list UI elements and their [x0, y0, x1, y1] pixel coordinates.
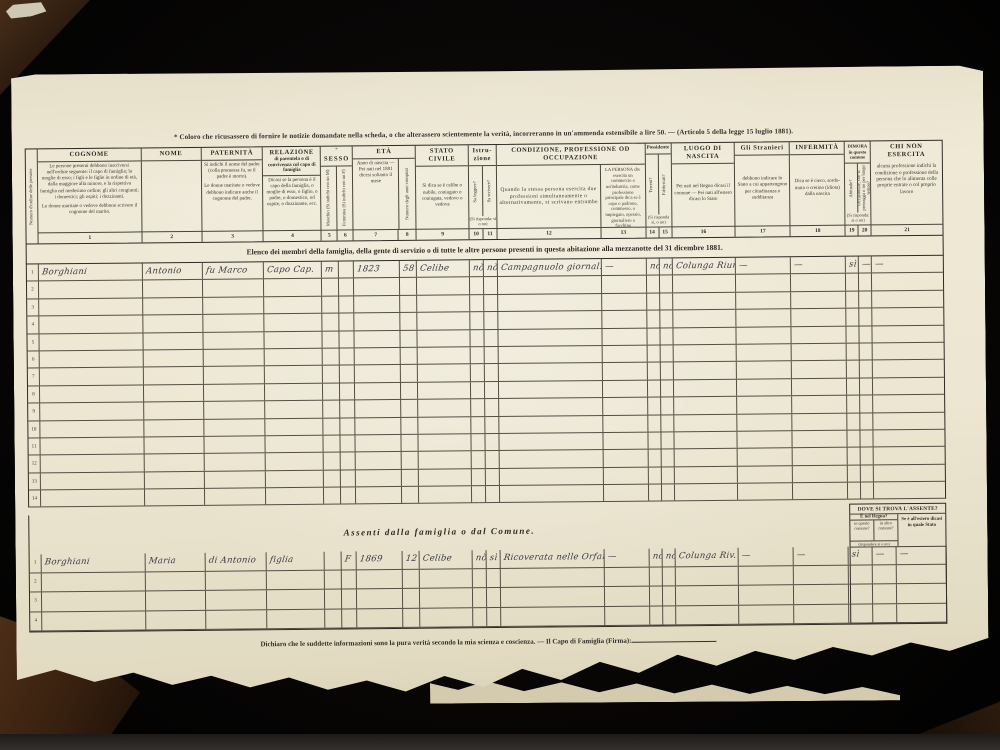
cell — [420, 589, 473, 608]
cell — [402, 469, 419, 486]
cell — [323, 401, 340, 418]
cell — [661, 415, 674, 432]
cell — [873, 604, 897, 622]
cell — [484, 312, 498, 329]
cell — [265, 314, 323, 331]
abituale-num: 19 — [846, 226, 859, 236]
dove-estero-label: Se è all'estero dicasi in quale Stato — [898, 514, 945, 546]
cell — [650, 587, 663, 605]
dove-regno-col: È nel Regno? in questo comune? in altro … — [850, 514, 898, 546]
cell — [661, 450, 674, 467]
row-number: 11 — [28, 438, 40, 455]
col-nome: NOME 2 — [141, 148, 202, 243]
cell — [792, 396, 847, 413]
cell: — — [602, 259, 647, 276]
handwritten-entry: — — [899, 546, 946, 562]
sa-leggere-cell: Sa leggere? — [469, 166, 483, 216]
cell — [144, 437, 204, 454]
cell — [470, 312, 484, 329]
cognome-num: 1 — [38, 231, 141, 243]
col-group-possidente: Possidente Terreni? Fabbricati? (Si risp… — [645, 143, 672, 237]
cell — [737, 362, 792, 379]
col-order-number: Numero d'ordine delle persone — [26, 149, 39, 243]
cell — [737, 344, 792, 361]
cell — [792, 309, 847, 326]
cell — [485, 434, 499, 451]
cell — [499, 433, 603, 450]
cell — [355, 365, 401, 382]
cell — [324, 418, 341, 435]
row-number: 3 — [27, 299, 39, 316]
cell — [341, 435, 356, 452]
census-form-sheet: * Coloro che ricusassero di fornire le n… — [11, 65, 989, 706]
cell — [673, 362, 737, 379]
cell — [675, 484, 739, 501]
cell: sì — [846, 257, 859, 274]
cell: nò — [484, 260, 498, 277]
cell: 1823 — [354, 261, 400, 278]
cell — [736, 275, 791, 292]
cell — [325, 609, 342, 627]
cell — [605, 587, 650, 606]
cell — [400, 296, 417, 313]
handwritten-entry: 1869 — [359, 551, 402, 567]
paternita-desc-1: Si indichi il nome del padre (colla prem… — [203, 162, 260, 181]
fabbricati-num: 15 — [659, 227, 671, 237]
cell — [418, 382, 471, 399]
cell: Borghiani — [42, 553, 146, 572]
stranieri-desc: debbono indicare lo Stato a cui apparten… — [737, 177, 787, 202]
stato-desc: Si dica se è celibe o nubile, coniugato … — [418, 184, 466, 209]
cell — [872, 273, 943, 290]
cell: sì — [487, 550, 501, 568]
cell — [873, 585, 897, 603]
cell: — — [736, 257, 791, 274]
cell — [498, 311, 602, 328]
cell — [674, 379, 738, 396]
cell — [873, 360, 944, 377]
cell — [602, 346, 647, 363]
cell — [204, 471, 266, 488]
cell — [737, 292, 792, 309]
cell — [674, 397, 738, 414]
cell — [473, 608, 487, 626]
cell — [472, 486, 486, 503]
cell — [417, 278, 470, 295]
cell — [402, 452, 419, 469]
terreni-label: Terreni? — [649, 177, 654, 192]
cell — [791, 291, 846, 308]
cell — [401, 383, 418, 400]
cell — [794, 585, 849, 604]
cell — [42, 592, 146, 611]
condizione-13-num: 13 — [601, 227, 645, 238]
cell — [145, 489, 205, 506]
cell — [403, 570, 420, 588]
cell: figlia — [267, 552, 325, 571]
cell — [792, 378, 847, 395]
cell — [673, 345, 737, 362]
cell — [40, 403, 144, 420]
cell — [203, 280, 265, 297]
table-header: Numero d'ordine delle persone COGNOME Le… — [25, 140, 944, 245]
row-number: 4 — [27, 317, 39, 334]
handwritten-entry: fu Marco — [205, 262, 264, 279]
nome-num: 2 — [142, 231, 201, 243]
cell — [356, 487, 402, 504]
cell — [485, 347, 499, 364]
cell — [673, 293, 737, 310]
sesso-f-label: Femmina (Si indichi con un F) — [342, 170, 347, 227]
cell — [848, 483, 861, 500]
cell — [793, 431, 848, 448]
cell — [649, 485, 662, 502]
cell — [265, 366, 323, 383]
cell — [403, 589, 420, 607]
cell — [738, 431, 793, 448]
cell — [205, 488, 267, 505]
cell: Colunga Riun. — [672, 258, 736, 275]
cell — [674, 414, 738, 431]
cell — [40, 437, 144, 454]
row-number: 1 — [30, 554, 42, 572]
row-number: 5 — [27, 334, 39, 351]
handwritten-entry: F — [344, 551, 356, 567]
cell — [143, 315, 203, 332]
stato-title: STATO CIVILE — [416, 145, 468, 167]
cell — [144, 419, 204, 436]
cell — [401, 417, 418, 434]
occasionale-label: Occasionale, che si protragga o no per l… — [858, 164, 870, 213]
cell — [647, 293, 660, 310]
handwritten-entry: sì — [851, 546, 872, 562]
cell — [323, 314, 340, 331]
cell — [484, 295, 498, 312]
cell — [499, 381, 603, 398]
handwritten-entry: sì — [848, 257, 858, 273]
cell — [42, 573, 146, 592]
cell — [340, 366, 355, 383]
cell — [661, 467, 674, 484]
cell — [419, 452, 472, 469]
cell — [42, 611, 146, 630]
cell — [500, 450, 604, 467]
cell — [146, 610, 206, 629]
assenti-title: Assenti dalla famiglia o dal Comune. — [344, 525, 536, 537]
cell — [660, 363, 673, 380]
cell — [340, 314, 355, 331]
cell — [203, 332, 265, 349]
cell — [39, 298, 143, 315]
sa-leggere-label: Sa leggere? — [473, 181, 478, 202]
cell — [485, 382, 499, 399]
cell — [661, 397, 674, 414]
cell — [266, 436, 324, 453]
cell — [325, 571, 342, 589]
cell — [357, 570, 403, 589]
chi-num: 21 — [872, 224, 943, 236]
cell — [849, 566, 873, 584]
cell — [340, 383, 355, 400]
handwritten-entry: figlia — [269, 552, 324, 569]
cell — [204, 384, 266, 401]
cell — [793, 413, 848, 430]
cell — [792, 361, 847, 378]
cell — [661, 432, 674, 449]
cell — [339, 279, 354, 296]
declaration: Dichiaro che le suddette informazioni so… — [29, 632, 947, 651]
sa-leggere-num: 10 — [470, 229, 484, 239]
cell — [354, 278, 400, 295]
cell — [265, 296, 323, 313]
cell — [602, 328, 647, 345]
cell — [791, 274, 846, 291]
cell — [418, 330, 471, 347]
cell — [897, 584, 946, 603]
terreni-cell: Terreni? — [645, 155, 659, 215]
cell: — — [897, 546, 946, 565]
cell — [145, 472, 205, 489]
cell — [861, 465, 874, 482]
cell — [501, 607, 605, 626]
cell — [792, 344, 847, 361]
cell — [418, 347, 471, 364]
cell — [144, 454, 204, 471]
handwritten-entry: 1823 — [356, 261, 399, 277]
relazione-num: 4 — [264, 230, 321, 242]
cell — [874, 447, 945, 464]
cell: — — [791, 257, 846, 274]
cell — [484, 330, 498, 347]
handwritten-entry: nò — [651, 548, 661, 564]
handwritten-entry: 58 — [402, 261, 416, 277]
row-number: 7 — [28, 369, 40, 386]
cell — [342, 590, 357, 608]
cell — [602, 276, 647, 293]
cell — [204, 419, 266, 436]
cell — [859, 274, 872, 291]
luogo-num: 16 — [672, 226, 735, 238]
cell — [873, 325, 944, 342]
cell — [339, 296, 354, 313]
cell — [402, 487, 419, 504]
cell — [648, 380, 661, 397]
cell — [485, 417, 499, 434]
cell — [663, 587, 676, 605]
cell — [604, 485, 649, 502]
col-paternita: PATERNITÀ Si indichi il nome del padre (… — [201, 147, 264, 242]
cell — [738, 483, 793, 500]
cell — [419, 486, 472, 503]
cognome-title: COGNOME — [38, 148, 141, 162]
row-number: 14 — [29, 490, 41, 507]
cell — [264, 279, 322, 296]
condizione-12-desc: Quando la stessa persona esercita due pr… — [497, 165, 601, 228]
cell — [356, 452, 402, 469]
cell — [647, 311, 660, 328]
luogo-desc: Pei nati nel Regno dicasi il comune — Pe… — [674, 184, 733, 203]
cell — [485, 364, 499, 381]
handwritten-entry: Capo Cap. — [266, 262, 321, 279]
cell — [740, 605, 795, 624]
cell — [650, 606, 663, 624]
cell — [267, 571, 325, 590]
cell — [341, 418, 356, 435]
cell — [873, 343, 944, 360]
cell: nò — [659, 258, 672, 275]
possidente-title: Possidente — [645, 143, 670, 154]
cell — [325, 590, 342, 608]
condizione-12-num: 12 — [497, 227, 600, 239]
cognome-desc-1: Le persone presenti debbono inscriversi … — [40, 164, 139, 202]
cell — [266, 470, 324, 487]
cell — [660, 276, 673, 293]
col-luogo-nascita: LUOGO DI NASCITA Pei nati nel Regno dica… — [671, 143, 736, 238]
cell — [739, 586, 794, 605]
cell — [860, 326, 873, 343]
cell — [40, 420, 144, 437]
row-number: 2 — [27, 282, 39, 299]
cell — [40, 350, 144, 367]
cell — [420, 569, 473, 588]
cell — [401, 365, 418, 382]
cell — [340, 401, 355, 418]
cell — [897, 565, 946, 584]
istruzione-title: Istru- zione — [469, 145, 496, 167]
handwritten-entry: di Antonio — [207, 552, 266, 569]
cell — [206, 610, 268, 629]
row-number: 3 — [30, 593, 42, 611]
cell — [324, 488, 341, 505]
cell — [793, 465, 848, 482]
cell — [648, 415, 661, 432]
cell — [486, 486, 500, 503]
cell — [356, 470, 402, 487]
cell — [872, 291, 943, 308]
cell: — — [873, 546, 897, 564]
relazione-title: RELAZIONE — [263, 147, 320, 158]
cell — [342, 609, 357, 627]
cell — [604, 467, 649, 484]
cell: Capo Cap. — [264, 262, 322, 279]
condizione-13-cell: LA PERSONA che esercita un commercio o u… — [601, 165, 645, 238]
cell — [649, 568, 662, 586]
sesso-f-num: 6 — [338, 230, 353, 240]
cell — [401, 330, 418, 347]
abituale-cell: Abituale? — [845, 164, 858, 213]
handwritten-entry: Campagnuolo giornal. — [500, 259, 601, 276]
cell — [400, 313, 417, 330]
table-edge — [0, 734, 1000, 750]
cell — [794, 566, 849, 585]
cell — [322, 279, 339, 296]
cell — [847, 378, 860, 395]
cell — [41, 455, 145, 472]
cell: Campagnuolo giornal. — [498, 259, 602, 276]
col-group-dimora: DIMORA in questo comune Abituale? Occasi… — [845, 141, 872, 235]
cell — [737, 379, 792, 396]
cell — [848, 430, 861, 447]
signature-line — [631, 634, 716, 643]
cell — [356, 417, 402, 434]
handwritten-entry: Maria — [147, 553, 204, 570]
cell — [861, 482, 874, 499]
cell — [847, 413, 860, 430]
cell — [144, 367, 204, 384]
cell — [357, 589, 403, 608]
paternita-num: 3 — [202, 230, 263, 242]
cell — [662, 484, 675, 501]
handwritten-entry: — — [793, 257, 845, 273]
cell — [473, 589, 487, 607]
handwritten-entry: sì — [489, 550, 500, 566]
cell — [661, 380, 674, 397]
cell — [603, 415, 648, 432]
cell — [266, 401, 324, 418]
cell — [204, 454, 266, 471]
cell — [861, 430, 874, 447]
stato-num: 9 — [417, 228, 469, 239]
sa-scrivere-cell: Sa scrivere? — [483, 166, 496, 216]
col-relazione: RELAZIONE di parentela o di convivenza c… — [263, 147, 322, 242]
cell — [340, 331, 355, 348]
cell — [500, 468, 604, 485]
cell — [268, 609, 326, 628]
infermita-num: 18 — [791, 225, 845, 237]
cell — [660, 293, 673, 310]
cell — [501, 568, 605, 587]
cell — [487, 608, 501, 626]
cell — [847, 343, 860, 360]
handwritten-entry: m — [324, 262, 338, 278]
handwritten-entry: — — [741, 547, 793, 563]
handwritten-entry: Celibe — [419, 260, 469, 276]
cell — [39, 333, 143, 350]
cell — [738, 466, 793, 483]
handwritten-entry: Antonio — [145, 263, 202, 280]
cell — [647, 276, 660, 293]
cell — [354, 296, 400, 313]
cell — [265, 331, 323, 348]
handwritten-entry: — — [738, 257, 790, 273]
dove-altro-label: in altro comune? — [874, 520, 897, 540]
handwritten-entry: nò — [662, 258, 672, 274]
cell — [647, 328, 660, 345]
cell — [603, 432, 648, 449]
cell — [472, 451, 486, 468]
cell — [265, 383, 323, 400]
dimora-title: DIMORA in questo comune — [845, 141, 870, 163]
cell — [341, 470, 356, 487]
cell: di Antonio — [205, 552, 267, 571]
stranieri-num: 17 — [736, 225, 790, 237]
eta-anno-cell: Anno di nascita — Pei nati nel 1881 dice… — [353, 159, 400, 229]
cell: nò — [649, 548, 662, 566]
cell: fu Marco — [202, 262, 264, 279]
eta-title: ETÀ — [353, 146, 415, 160]
cell: 12 — [403, 551, 420, 569]
cell — [498, 294, 602, 311]
handwritten-entry: Ricoverata nelle Orfane — [503, 549, 604, 566]
cell — [792, 326, 847, 343]
cell — [860, 361, 873, 378]
cell — [674, 432, 738, 449]
cell — [874, 482, 945, 499]
sesso-m-label: Maschio (Si indichi con un M) — [326, 170, 331, 227]
cell — [859, 309, 872, 326]
cell: Ricoverata nelle Orfane — [501, 549, 605, 568]
cell — [499, 363, 603, 380]
